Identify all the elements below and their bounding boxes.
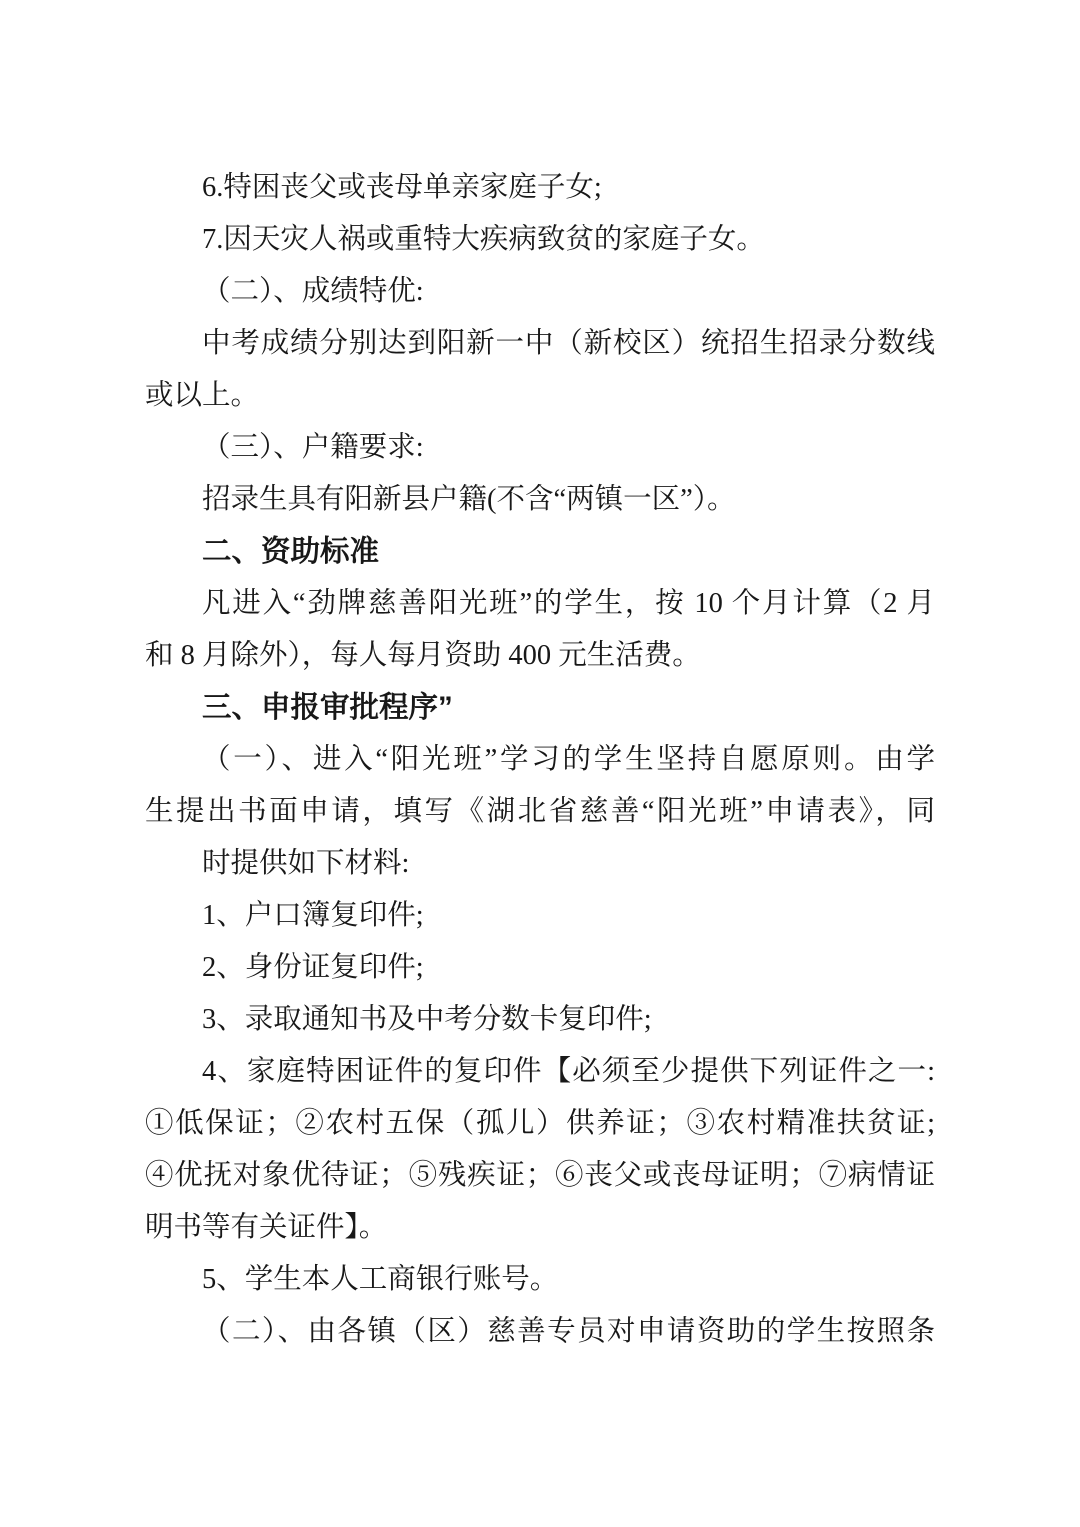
line-household-registration-detail: 招录生具有阳新县户籍(不含“两镇一区”）。 [145, 474, 935, 526]
line-material-1-hukou-copy: 1、户口簿复印件; [145, 890, 935, 942]
line-section-3-household-registration: （三）、户籍要求: [145, 422, 935, 474]
line-material-4-certificates-list-1: ①低保证；②农村五保（孤儿）供养证；③农村精准扶贫证; [145, 1098, 935, 1150]
line-procedure-1-voluntary: （一）、进入“阳光班”学习的学生坚持自愿原则。由学 [145, 734, 935, 786]
line-procedure-1-materials-intro: 时提供如下材料: [145, 838, 935, 890]
heading-application-procedure: 三、申报审批程序” [145, 682, 935, 734]
line-exam-score-requirement-cont: 或以上。 [145, 370, 935, 422]
line-funding-detail: 凡进入“劲牌慈善阳光班”的学生，按 10 个月计算（2 月 [145, 578, 935, 630]
line-funding-detail-cont: 和 8 月除外），每人每月资助 400 元生活费。 [145, 630, 935, 682]
line-item-7-disaster-poverty: 7.因天灾人祸或重特大疾病致贫的家庭子女。 [145, 214, 935, 266]
line-material-4-certificates-end: 明书等有关证件】。 [145, 1202, 935, 1254]
line-item-6-orphan-single-parent: 6.特困丧父或丧母单亲家庭子女; [145, 162, 935, 214]
line-material-5-bank-account: 5、学生本人工商银行账号。 [145, 1254, 935, 1306]
line-exam-score-requirement: 中考成绩分别达到阳新一中（新校区）统招生招录分数线 [145, 318, 935, 370]
document-page: 6.特困丧父或丧母单亲家庭子女; 7.因天灾人祸或重特大疾病致贫的家庭子女。 （… [0, 0, 1080, 1527]
line-material-3-admission-notice: 3、录取通知书及中考分数卡复印件; [145, 994, 935, 1046]
line-material-4-poverty-certificates: 4、家庭特困证件的复印件【必须至少提供下列证件之一: [145, 1046, 935, 1098]
line-procedure-2-review-by-officers: （二）、由各镇（区）慈善专员对申请资助的学生按照条 [145, 1306, 935, 1358]
line-material-4-certificates-list-2: ④优抚对象优待证；⑤残疾证；⑥丧父或丧母证明；⑦病情证 [145, 1150, 935, 1202]
line-material-2-id-copy: 2、身份证复印件; [145, 942, 935, 994]
heading-funding-standard: 二、资助标准 [145, 526, 935, 578]
line-section-2-academic-excellence: （二）、成绩特优: [145, 266, 935, 318]
line-procedure-1-application-form: 生提出书面申请，填写《湖北省慈善“阳光班”申请表》，同 [145, 786, 935, 838]
